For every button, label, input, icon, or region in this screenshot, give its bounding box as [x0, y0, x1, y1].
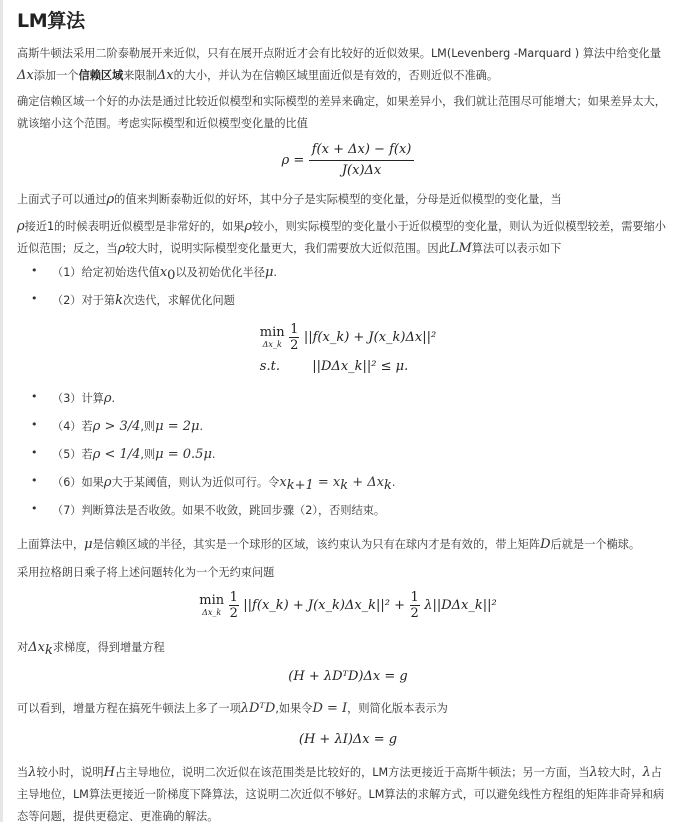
trust-region-term: 信赖区域	[79, 69, 124, 82]
trust-region-paragraph: 确定信赖区域一个好的办法是通过比较近似模型和实际模型的差异来确定，如果差异小，我…	[17, 91, 679, 135]
rho-equation: ρ = f(x + Δx) − f(x) J(x)Δx	[17, 140, 679, 181]
bullet-icon: •	[31, 474, 38, 487]
optimization-problem-equation: minΔx_k 12 ||f(x_k) + J(x_k)Δx||² s.t. |…	[17, 322, 679, 374]
rho-explanation: 上面式子可以通过ρ的值来判断泰勒近似的好坏，其中分子是实际模型的变化量，分母是近…	[17, 189, 679, 211]
left-border	[0, 0, 3, 822]
lagrange-equation: minΔx_k 12 ||f(x_k) + J(x_k)Δx_k||² + 12…	[17, 590, 679, 621]
simplification-paragraph: 可以看到，增量方程在搞死牛顿法上多了一项λDᵀD,如果令D = I，则简化版本表…	[17, 698, 679, 720]
incremental-equation: (H + λDᵀD)Δx = g	[17, 668, 679, 684]
bullet-icon: •	[31, 264, 38, 277]
intro-line-2: Δx添加一个信赖区域来限制Δx的大小，并认为在信赖区域里面近似是有效的，否则近似…	[17, 65, 679, 87]
bullet-icon: •	[31, 418, 38, 431]
lagrange-paragraph: 采用拉格朗日乘子将上述问题转化为一个无约束问题	[17, 562, 679, 584]
simplified-equation: (H + λI)Δx = g	[17, 731, 679, 747]
intro-line-1: 高斯牛顿法采用二阶泰勒展开来近似，只有在展开点附近才会有比较好的近似效果。LM(…	[17, 43, 679, 65]
bullet-icon: •	[31, 390, 38, 403]
gradient-paragraph: 对Δxk求梯度，得到增量方程	[17, 637, 679, 662]
trust-region-radius-paragraph: 上面算法中，μ是信赖区域的半径，其实是一个球形的区域，该约束认为只有在球内才是有…	[17, 534, 679, 556]
bullet-icon: •	[31, 502, 38, 515]
rho-interpretation: ρ接近1的时候表明近似模型是非常好的，如果ρ较小，则实际模型的变化量小于近似模型…	[17, 216, 679, 260]
bullet-icon: •	[31, 292, 38, 305]
bullet-icon: •	[31, 446, 38, 459]
page-title: LM算法	[17, 6, 85, 33]
intro-paragraph: 高斯牛顿法采用二阶泰勒展开来近似，只有在展开点附近才会有比较好的近似效果。LM(…	[17, 43, 679, 87]
conclusion-paragraph: 当λ较小时，说明H占主导地位，说明二次近似在该范围类是比较好的，LM方法更接近于…	[17, 762, 679, 822]
